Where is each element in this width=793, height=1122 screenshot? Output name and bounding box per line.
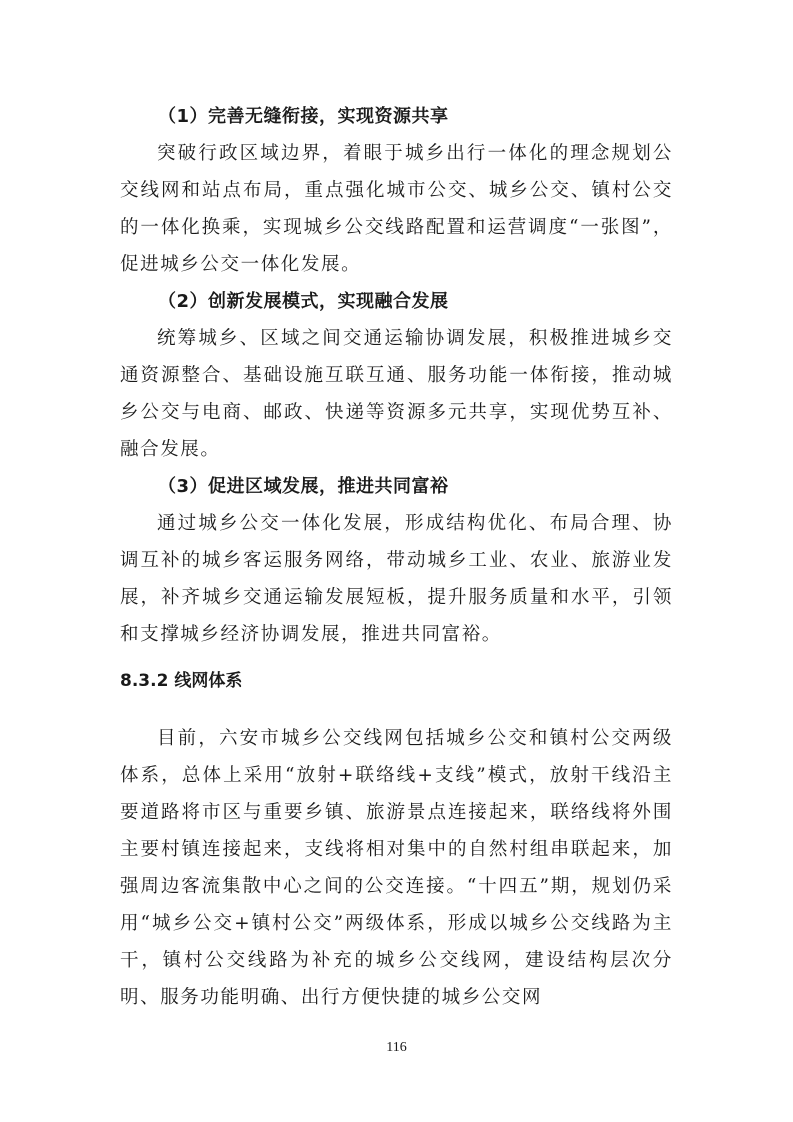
document-page: （1）完善无缝衔接，实现资源共享 突破行政区域边界，着眼于城乡出行一体化的理念规… — [120, 98, 673, 1016]
subsection-network-system: 8.3.2 线网体系 目前，六安市城乡公交线网包括城乡公交和镇村公交两级体系，总… — [120, 663, 673, 1016]
subsection-title: 8.3.2 线网体系 — [120, 663, 673, 700]
section-heading-3: （3）促进区域发展，推进共同富裕 — [120, 468, 673, 505]
subsection-paragraph: 目前，六安市城乡公交线网包括城乡公交和镇村公交两级体系，总体上采用“放射+联络线… — [120, 720, 673, 1016]
section-paragraph-1: 突破行政区域边界，着眼于城乡出行一体化的理念规划公交线网和站点布局，重点强化城市… — [120, 135, 673, 283]
section-heading-2: （2）创新发展模式，实现融合发展 — [120, 283, 673, 320]
page-number: 116 — [0, 1040, 793, 1056]
section-heading-1: （1）完善无缝衔接，实现资源共享 — [120, 98, 673, 135]
section-paragraph-3: 通过城乡公交一体化发展，形成结构优化、布局合理、协调互补的城乡客运服务网络，带动… — [120, 505, 673, 653]
section-paragraph-2: 统筹城乡、区域之间交通运输协调发展，积极推进城乡交通资源整合、基础设施互联互通、… — [120, 320, 673, 468]
section-1: （1）完善无缝衔接，实现资源共享 突破行政区域边界，着眼于城乡出行一体化的理念规… — [120, 98, 673, 283]
section-2: （2）创新发展模式，实现融合发展 统筹城乡、区域之间交通运输协调发展，积极推进城… — [120, 283, 673, 468]
section-3: （3）促进区域发展，推进共同富裕 通过城乡公交一体化发展，形成结构优化、布局合理… — [120, 468, 673, 653]
